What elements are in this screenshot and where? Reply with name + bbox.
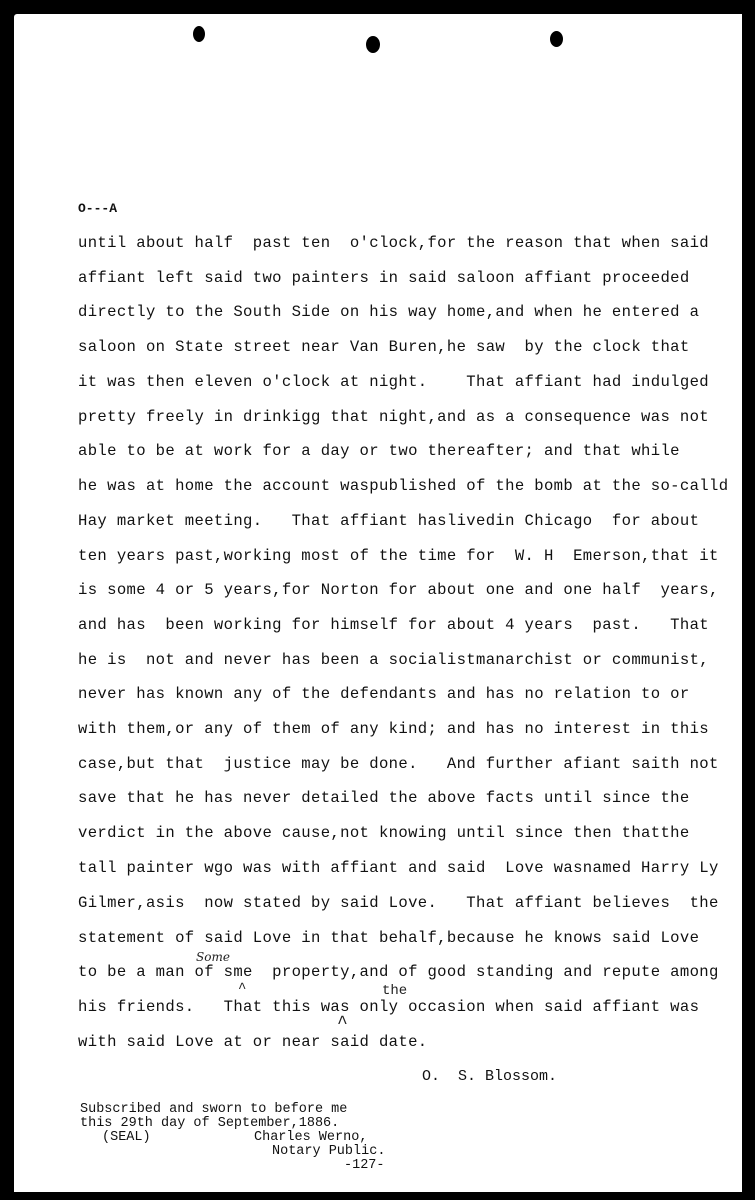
- typed-insertion-the: the: [382, 983, 407, 999]
- scan-border-bottom: [0, 1192, 755, 1200]
- body-line: until about half past ten o'clock,for th…: [78, 234, 709, 252]
- notary-name: Charles Werno,: [254, 1131, 367, 1145]
- handwritten-correction-some: Some: [196, 950, 230, 964]
- jurat-line: this 29th day of September,1886.: [80, 1117, 339, 1131]
- body-line: Hay market meeting. That affiant haslive…: [78, 512, 699, 530]
- body-line: statement of said Love in that behalf,be…: [78, 929, 699, 947]
- body-line: he is not and never has been a socialist…: [78, 651, 709, 669]
- body-line: tall painter wgo was with affiant and sa…: [78, 859, 719, 877]
- body-line: affiant left said two painters in said s…: [78, 269, 690, 287]
- seal-label: (SEAL): [102, 1131, 151, 1145]
- body-line: pretty freely in drinkigg that night,and…: [78, 408, 709, 426]
- body-line: is some 4 or 5 years,for Norton for abou…: [78, 581, 719, 599]
- body-line: it was then eleven o'clock at night. Tha…: [78, 373, 709, 391]
- page-number: -127-: [344, 1159, 385, 1173]
- notary-title: Notary Public.: [272, 1145, 385, 1159]
- body-line: Gilmer,asis now stated by said Love. Tha…: [78, 894, 719, 912]
- jurat-line: Subscribed and sworn to before me: [80, 1103, 347, 1117]
- punch-hole-left: [193, 26, 205, 42]
- body-line: he was at home the account waspublished …: [78, 477, 728, 495]
- body-line: and has been working for himself for abo…: [78, 616, 709, 634]
- insertion-caret: ^: [238, 981, 246, 997]
- body-line: with them,or any of them of any kind; an…: [78, 720, 709, 738]
- insertion-caret: ^: [337, 1014, 348, 1034]
- punch-hole-right: [550, 31, 563, 47]
- body-line: able to be at work for a day or two ther…: [78, 442, 680, 460]
- body-line: to be a man of sme property,and of good …: [78, 963, 719, 981]
- body-line: directly to the South Side on his way ho…: [78, 303, 699, 321]
- body-line: save that he has never detailed the abov…: [78, 789, 690, 807]
- body-line: saloon on State street near Van Buren,he…: [78, 338, 690, 356]
- punch-hole-center: [366, 36, 380, 53]
- body-line: with said Love at or near said date.: [78, 1033, 427, 1051]
- body-line: his friends. That this was only occasion…: [78, 998, 699, 1016]
- page-header-mark: O---A: [78, 201, 117, 216]
- body-line: never has known any of the defendants an…: [78, 685, 690, 703]
- affiant-signature: O. S. Blossom.: [422, 1068, 557, 1085]
- body-line: case,but that justice may be done. And f…: [78, 755, 719, 773]
- body-line: verdict in the above cause,not knowing u…: [78, 824, 690, 842]
- body-line: ten years past,working most of the time …: [78, 547, 719, 565]
